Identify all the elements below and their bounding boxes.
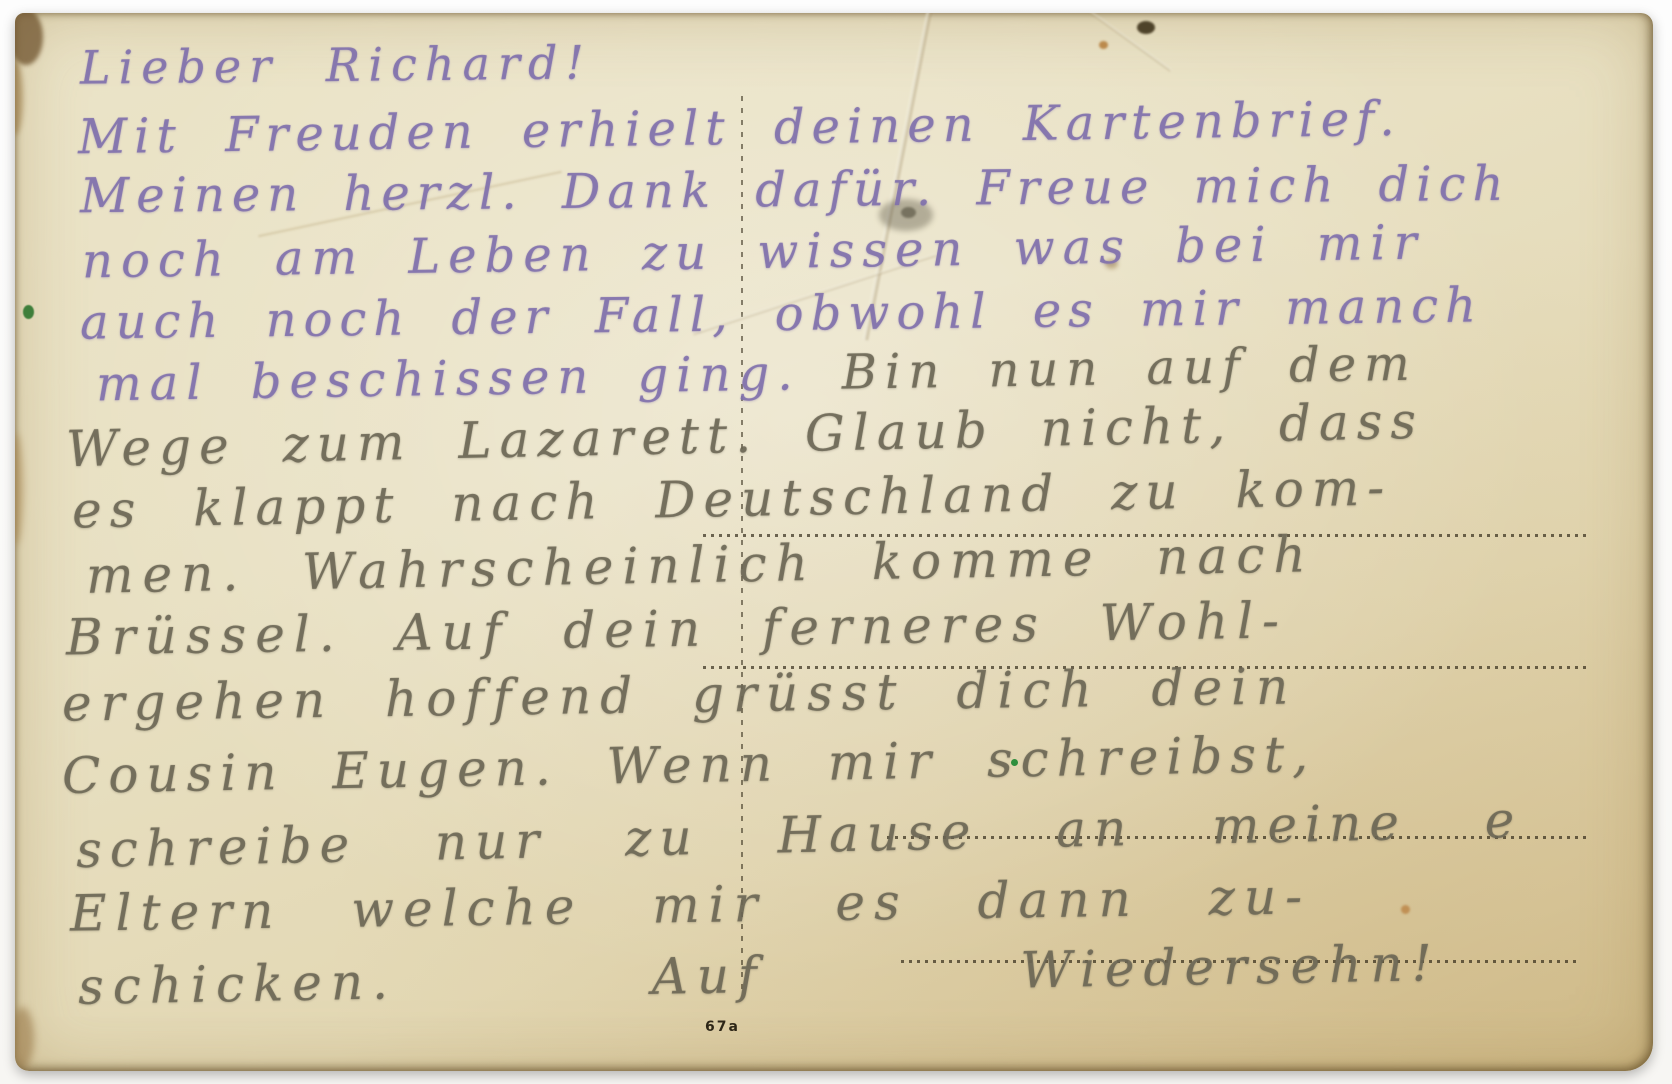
postcard-back: Lieber Richard!Mit Freuden erhielt deine… bbox=[15, 13, 1653, 1071]
handwriting-line-1: Lieber Richard! bbox=[80, 35, 592, 94]
handwriting-segment: Brüssel. Auf dein ferneres Wohl- bbox=[66, 591, 1289, 666]
handwriting-segment: Eltern welche mir es dann zu- bbox=[70, 867, 1312, 942]
scan-background: Lieber Richard!Mit Freuden erhielt deine… bbox=[0, 0, 1672, 1084]
handwriting-line-11: ergehen hoffend grüsst dich dein bbox=[62, 657, 1298, 732]
handwriting-segment: Cousin Eugen. Wenn mir schreibst, bbox=[62, 725, 1317, 805]
handwriting-line-13: schreibe nur zu Hause an meine e bbox=[76, 791, 1523, 879]
handwriting-line-4: noch am Leben zu wissen was bei mir bbox=[82, 215, 1425, 290]
handwriting-segment: ergehen hoffend grüsst dich dein bbox=[62, 657, 1298, 732]
handwriting-segment: noch am Leben zu wissen was bei mir bbox=[82, 215, 1425, 290]
handwriting-segment: schreibe nur zu Hause an meine e bbox=[76, 791, 1523, 879]
handwriting-segment: Meinen herzl. Dank dafür. Freue mich dic… bbox=[80, 156, 1511, 224]
handwriting-segment: Mit Freuden erhielt deinen Kartenbrief. bbox=[78, 91, 1402, 165]
handwriting-text: Lieber Richard!Mit Freuden erhielt deine… bbox=[15, 13, 1653, 1071]
handwriting-line-10: Brüssel. Auf dein ferneres Wohl- bbox=[66, 591, 1289, 666]
handwriting-segment: schicken. Auf Wiedersehn! bbox=[78, 934, 1442, 1016]
handwriting-line-14: Eltern welche mir es dann zu- bbox=[70, 867, 1312, 942]
handwriting-line-15: schicken. Auf Wiedersehn! bbox=[78, 934, 1442, 1016]
handwriting-line-2: Mit Freuden erhielt deinen Kartenbrief. bbox=[78, 91, 1402, 165]
handwriting-line-3: Meinen herzl. Dank dafür. Freue mich dic… bbox=[80, 156, 1511, 224]
printed-number-mark: 67a bbox=[705, 1019, 740, 1035]
handwriting-line-12: Cousin Eugen. Wenn mir schreibst, bbox=[62, 725, 1317, 805]
handwriting-segment: Bin nun auf dem bbox=[841, 336, 1418, 401]
handwriting-segment: mal beschissen ging. bbox=[96, 345, 843, 413]
handwriting-segment: Lieber Richard! bbox=[80, 35, 592, 94]
